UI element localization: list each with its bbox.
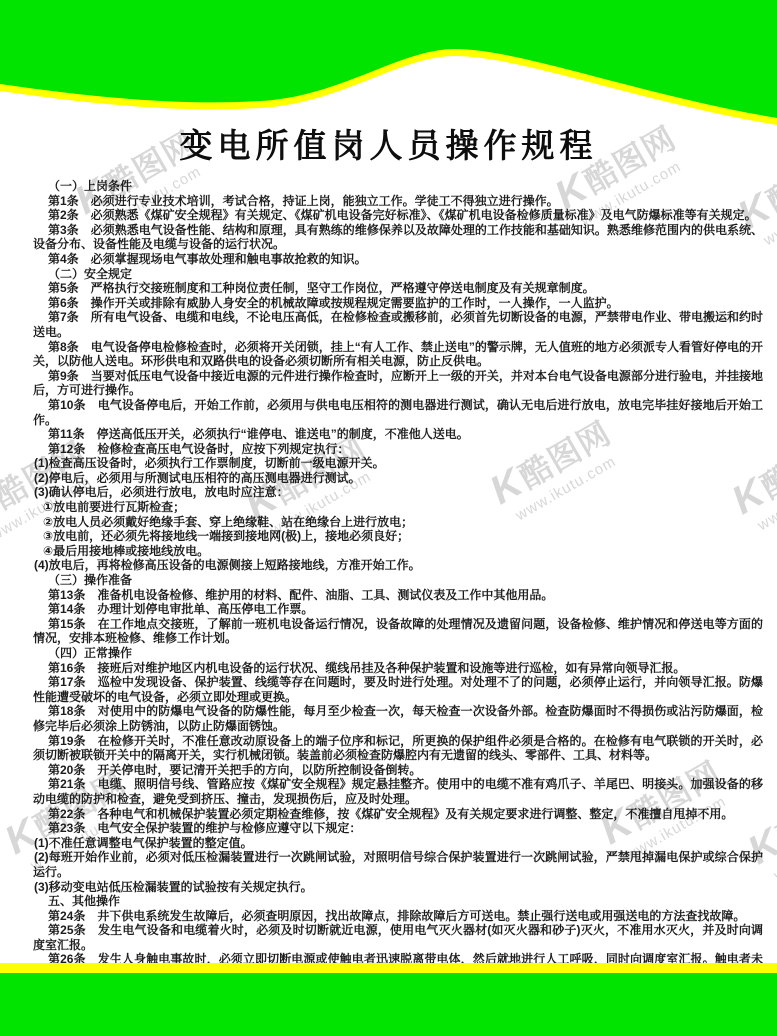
regulation-paragraph: 第20条 开关停电时，要记清开关把手的方向，以防所控制设备倒转。: [33, 763, 763, 778]
watermark-brand: 酷图网: [771, 775, 777, 856]
regulation-paragraph: 第1条 必须进行专业技术培训，考试合格，持证上岗，能独立工作。学徒工不得独立进行…: [33, 194, 763, 209]
regulation-paragraph: ③放电前，还必须先将接地线一端接到接地网(极)上，接地必须良好；: [33, 529, 763, 544]
regulation-paragraph: 第15条 在工作地点交接班，了解前一班机电设备运行情况，设备故障的处理情况及遗留…: [33, 617, 763, 646]
regulation-paragraph: 第4条 必须掌握现场电气事故处理和触电事故抢救的知识。: [33, 252, 763, 267]
regulation-paragraph: 第5条 严格执行交接班制度和工种岗位责任制，坚守工作岗位，严格遵守停送电制度及有…: [33, 281, 763, 296]
regulation-paragraph: 第2条 必须熟悉《煤矿安全规程》有关规定、《煤矿机电设备完好标准》、《煤矿机电设…: [33, 208, 763, 223]
regulation-paragraph: 第9条 当要对低压电气设备中接近电源的元件进行操作检查时，应断开上一级的开关，并…: [33, 369, 763, 398]
page-title: 变电所值岗人员操作规程: [0, 120, 777, 167]
section-heading: （二）安全规定: [33, 267, 763, 282]
regulation-paragraph: 第12条 检修检查高压电气设备时，应按下列规定执行：: [33, 442, 763, 457]
regulation-paragraph: (1)不准任意调整电气保护装置的整定值。: [33, 836, 763, 851]
regulation-paragraph: 第19条 在检修开关时，不准任意改动原设备上的端子位序和标记，所更换的保护组件必…: [33, 734, 763, 763]
regulation-paragraph: 第13条 准备机电设备检修、维护用的材料、配件、油脂、工具、测试仪表及工作中其他…: [33, 588, 763, 603]
regulation-paragraph: ①放电前要进行瓦斯检查；: [33, 500, 763, 515]
regulation-paragraph: 第24条 井下供电系统发生故障后，必须查明原因，找出故障点，排除故障后方可送电。…: [33, 909, 763, 924]
regulation-paragraph: 第21条 电缆、照明信号线、管路应按《煤矿安全规程》规定悬挂整齐。使用中的电缆不…: [33, 777, 763, 806]
regulation-paragraph: (3)确认停电后，必须进行放电，放电时应注意：: [33, 485, 763, 500]
regulation-paragraph: ②放电人员必须戴好绝缘手套、穿上绝缘鞋、站在绝缘台上进行放电；: [33, 515, 763, 530]
regulation-paragraph: 第14条 办理计划停电审批单、高压停电工作票。: [33, 602, 763, 617]
regulation-paragraph: (2)停电后，必须用与所测试电压相符的高压测电器进行测试。: [33, 471, 763, 486]
regulation-paragraph: 第11条 停送高低压开关，必须执行“谁停电、谁送电”的制度，不准他人送电。: [33, 427, 763, 442]
document-body: （一）上岗条件第1条 必须进行专业技术培训，考试合格，持证上岗，能独立工作。学徒…: [33, 179, 763, 1011]
section-heading: （一）上岗条件: [33, 179, 763, 194]
poster-page: K酷图网 www.ikutu.com K酷图网 www.ikutu.com K酷…: [0, 0, 777, 1036]
ikutu-logo-icon: K: [0, 480, 5, 533]
regulation-paragraph: (4)放电后，再将检修高压设备的电源侧接上短路接地线，方准开始工作。: [33, 558, 763, 573]
regulation-paragraph: 第17条 巡检中发现设备、保护装置、线缆等存在问题时，要及时进行处理。对处理不了…: [33, 675, 763, 704]
section-heading: （三）操作准备: [33, 573, 763, 588]
section-heading: （四）正常操作: [33, 646, 763, 661]
regulation-paragraph: (2)每班开始作业前，必须对低压检漏装置进行一次跳闸试验，对照明信号综合保护装置…: [33, 850, 763, 879]
regulation-paragraph: 第6条 操作开关或排除有威胁人身安全的机械故障或按规程规定需要监护的工作时，一人…: [33, 296, 763, 311]
regulation-paragraph: 第18条 对使用中的防爆电气设备的防爆性能，每月至少检查一次，每天检查一次设备外…: [33, 704, 763, 733]
regulation-paragraph: 第10条 电气设备停电后，开始工作前，必须用与供电电压相符的测电器进行测试，确认…: [33, 398, 763, 427]
regulation-paragraph: 第16条 接班后对维护地区内机电设备的运行状况、缆线吊挂及各种保护装置和设施等进…: [33, 661, 763, 676]
regulation-paragraph: ④最后用接地棒或接地线放电。: [33, 544, 763, 559]
regulation-paragraph: (3)移动变电站低压检漏装置的试验按有关规定执行。: [33, 880, 763, 895]
footer-green-band: [0, 973, 777, 1036]
regulation-paragraph: 第8条 电气设备停电检修检查时，必须将开关闭锁，挂上“有人工作、禁止送电”的警示…: [33, 340, 763, 369]
regulation-paragraph: 第25条 发生电气设备和电缆着火时，必须及时切断就近电源，使用电气灭火器材(如灭…: [33, 923, 763, 952]
regulation-paragraph: 第22条 各种电气和机械保护装置必须定期检查维修，按《煤矿安全规程》及有关规定要…: [33, 807, 763, 822]
regulation-paragraph: 第23条 电气安全保护装置的维护与检修应遵守以下规定：: [33, 821, 763, 836]
footer-yellow-stripe: [0, 963, 777, 973]
regulation-paragraph: (1)检查高压设备时，必须执行工作票制度，切断前一级电源开关。: [33, 456, 763, 471]
regulation-paragraph: 第7条 所有电气设备、电缆和电线，不论电压高低，在检修检查或搬移前，必须首先切断…: [33, 310, 763, 339]
section-heading: 五、其他操作: [33, 894, 763, 909]
regulation-paragraph: 第3条 必须熟悉电气设备性能、结构和原理，具有熟练的维修保养以及故障处理的工作技…: [33, 223, 763, 252]
